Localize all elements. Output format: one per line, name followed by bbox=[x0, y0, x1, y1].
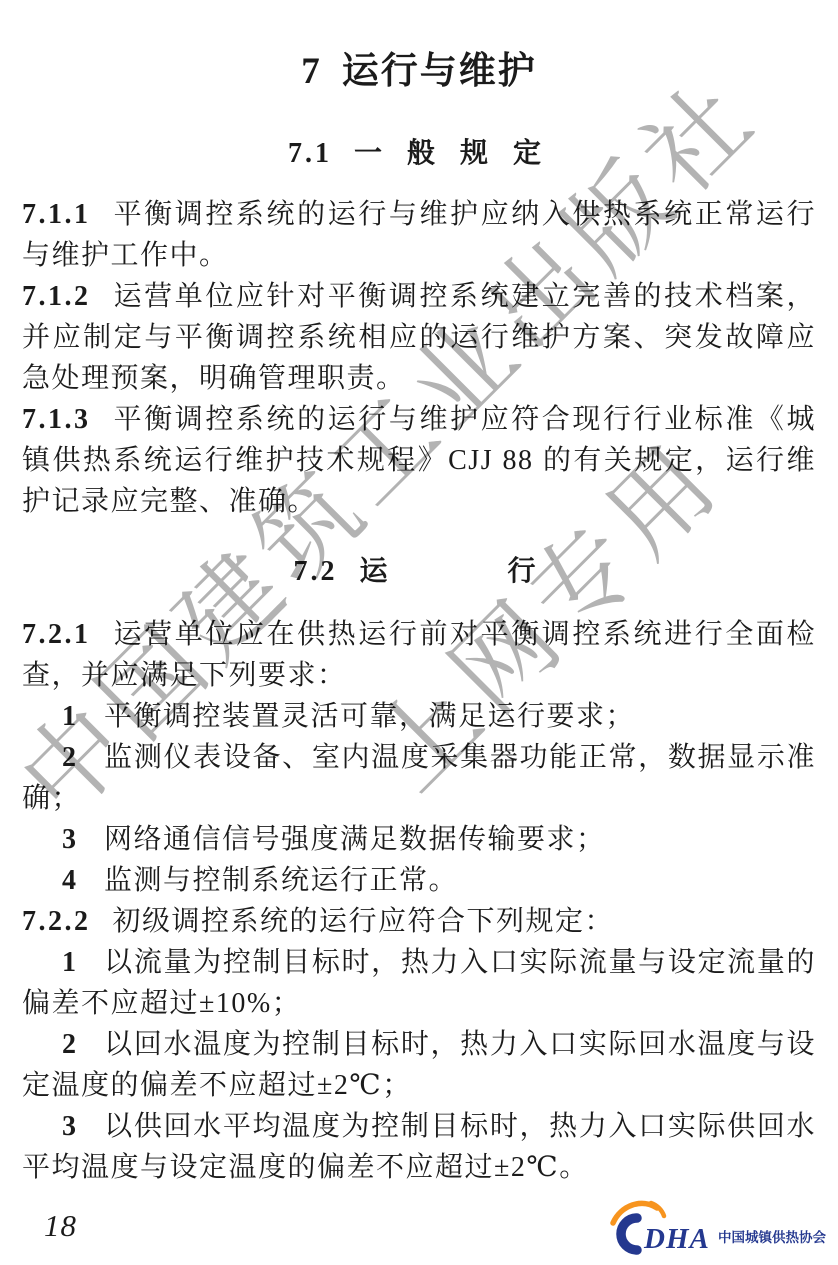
clause-7-1-1: 7.1.1平衡调控系统的运行与维护应纳入供热系统正常运行与维护工作中。 bbox=[22, 194, 816, 276]
list-item-4: 4监测与控制系统运行正常。 bbox=[22, 860, 816, 901]
item-number: 3 bbox=[62, 824, 76, 855]
clause-number: 7.2.1 bbox=[22, 619, 91, 650]
item-number: 4 bbox=[62, 865, 76, 896]
item-text: 监测与控制系统运行正常。 bbox=[104, 865, 458, 896]
section-heading-text: 一 般 规 定 bbox=[354, 138, 550, 169]
item-number: 1 bbox=[62, 701, 76, 732]
list-item-1: 1以流量为控制目标时，热力入口实际流量与设定流量的偏差不应超过±10%； bbox=[22, 942, 816, 1024]
list-item-2: 2以回水温度为控制目标时，热力入口实际回水温度与设定温度的偏差不应超过±2℃； bbox=[22, 1024, 816, 1106]
clause-number: 7.1.1 bbox=[22, 199, 91, 230]
document-page: 中国建筑工业出版社 上网专用 7运行与维护 7.1一 般 规 定 7.1.1平衡… bbox=[0, 0, 838, 1265]
clause-number: 7.2.2 bbox=[22, 906, 91, 937]
association-name: 中国城镇供热协会 bbox=[718, 1229, 826, 1245]
clause-7-1-3: 7.1.3平衡调控系统的运行与维护应符合现行行业标准《城镇供热系统运行维护技术规… bbox=[22, 399, 816, 522]
clause-number: 7.1.2 bbox=[22, 281, 91, 312]
item-number: 3 bbox=[62, 1111, 76, 1142]
page-content: 7运行与维护 7.1一 般 规 定 7.1.1平衡调控系统的运行与维护应纳入供热… bbox=[22, 0, 816, 1188]
clause-text: 平衡调控系统的运行与维护应符合现行行业标准《城镇供热系统运行维护技术规程》CJJ… bbox=[22, 404, 816, 517]
item-number: 2 bbox=[62, 742, 76, 773]
section-heading-7-1: 7.1一 般 规 定 bbox=[22, 138, 816, 170]
clause-text: 运营单位应针对平衡调控系统建立完善的技术档案，并应制定与平衡调控系统相应的运行维… bbox=[22, 281, 816, 394]
list-item-2: 2监测仪表设备、室内温度采集器功能正常，数据显示准确； bbox=[22, 737, 816, 819]
section-number: 7.2 bbox=[293, 556, 337, 587]
chapter-title-text: 运行与维护 bbox=[342, 51, 537, 92]
item-text: 以回水温度为控制目标时，热力入口实际回水温度与设定温度的偏差不应超过±2℃； bbox=[22, 1029, 816, 1101]
item-number: 2 bbox=[62, 1029, 76, 1060]
section-heading-text: 运 行 bbox=[359, 556, 544, 587]
section-7-2-body: 7.2.1运营单位应在供热运行前对平衡调控系统进行全面检查，并应满足下列要求： … bbox=[22, 614, 816, 1188]
clause-text: 运营单位应在供热运行前对平衡调控系统进行全面检查，并应满足下列要求： bbox=[22, 619, 816, 691]
list-item-1: 1平衡调控装置灵活可靠，满足运行要求； bbox=[22, 696, 816, 737]
item-text: 平衡调控装置灵活可靠，满足运行要求； bbox=[104, 701, 635, 732]
chapter-number: 7 bbox=[301, 51, 320, 92]
clause-7-1-2: 7.1.2运营单位应针对平衡调控系统建立完善的技术档案，并应制定与平衡调控系统相… bbox=[22, 276, 816, 399]
item-text: 以流量为控制目标时，热力入口实际流量与设定流量的偏差不应超过±10%； bbox=[22, 947, 816, 1019]
section-heading-7-2: 7.2运 行 bbox=[22, 556, 816, 588]
section-number: 7.1 bbox=[288, 138, 332, 169]
page-number: 18 bbox=[44, 1208, 77, 1244]
item-text: 监测仪表设备、室内温度采集器功能正常，数据显示准确； bbox=[22, 742, 816, 814]
list-item-3: 3网络通信信号强度满足数据传输要求； bbox=[22, 819, 816, 860]
list-item-3: 3以供回水平均温度为控制目标时，热力入口实际供回水平均温度与设定温度的偏差不应超… bbox=[22, 1106, 816, 1188]
clause-number: 7.1.3 bbox=[22, 404, 91, 435]
section-7-1-body: 7.1.1平衡调控系统的运行与维护应纳入供热系统正常运行与维护工作中。 7.1.… bbox=[22, 194, 816, 522]
item-number: 1 bbox=[62, 947, 76, 978]
clause-text: 初级调控系统的运行应符合下列规定： bbox=[113, 906, 615, 937]
clause-text: 平衡调控系统的运行与维护应纳入供热系统正常运行与维护工作中。 bbox=[22, 199, 816, 271]
dha-logo-acronym: DHA bbox=[643, 1223, 710, 1255]
item-text: 以供回水平均温度为控制目标时，热力入口实际供回水平均温度与设定温度的偏差不应超过… bbox=[22, 1111, 816, 1183]
chapter-title: 7运行与维护 bbox=[22, 0, 816, 94]
item-text: 网络通信信号强度满足数据传输要求； bbox=[104, 824, 606, 855]
clause-7-2-2: 7.2.2初级调控系统的运行应符合下列规定： bbox=[22, 901, 816, 942]
clause-7-2-1: 7.2.1运营单位应在供热运行前对平衡调控系统进行全面检查，并应满足下列要求： bbox=[22, 614, 816, 696]
association-logo: DHA 中国城镇供热协会 bbox=[606, 1200, 828, 1258]
